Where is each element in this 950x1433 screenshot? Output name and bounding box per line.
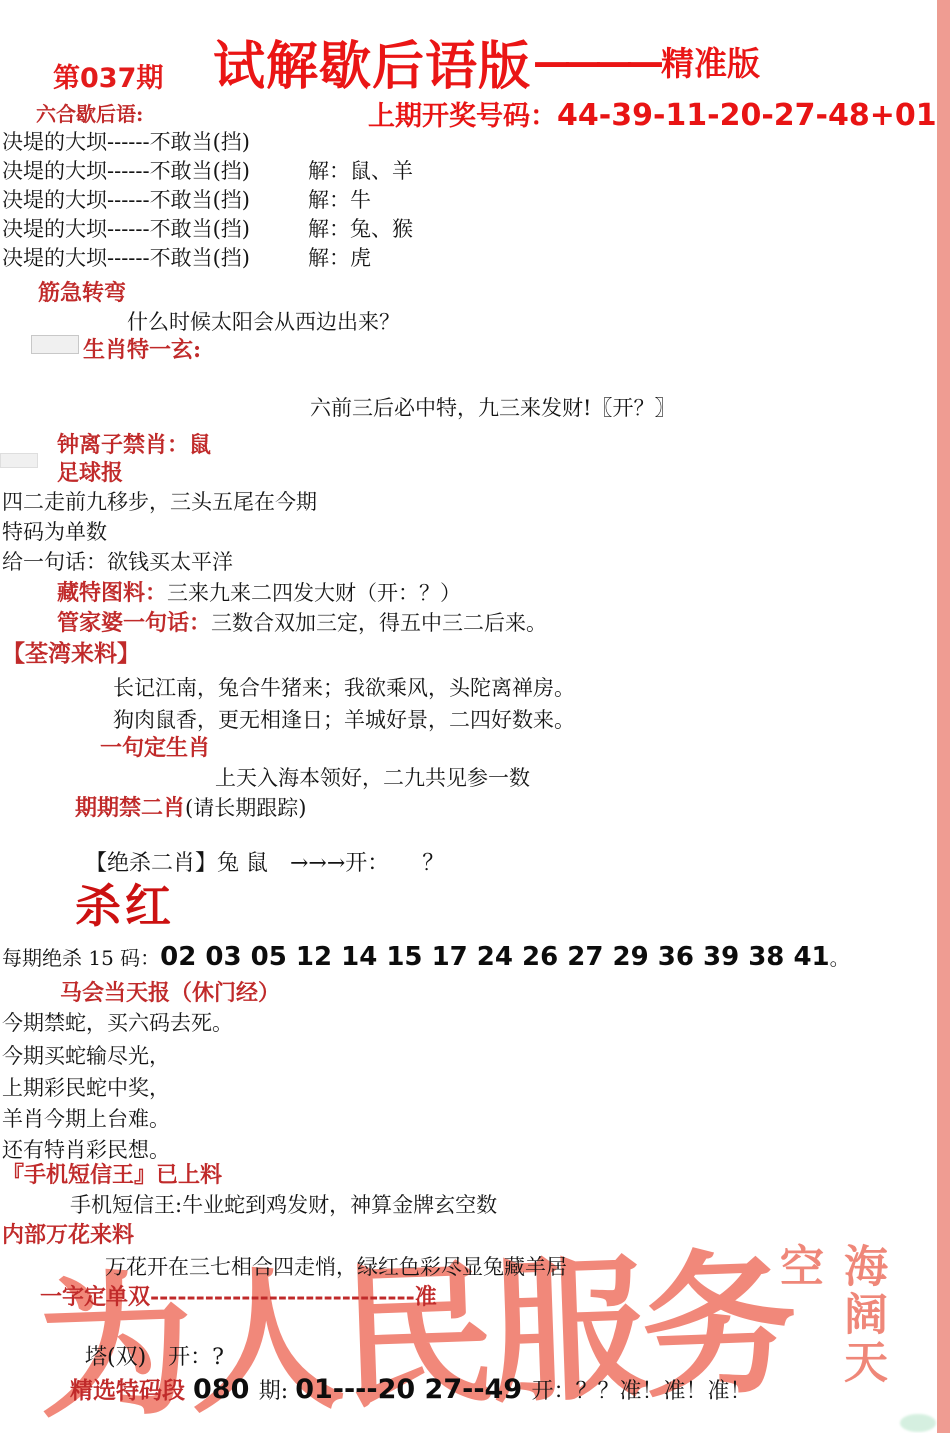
brain-teaser-heading-text: 筋急转弯 <box>38 280 126 306</box>
horse-club-line-2: 今期买蛇输尽光， <box>2 1044 170 1068</box>
football-line-3: 给一句话：欲钱买太平洋 <box>2 550 233 574</box>
brain-teaser-heading: 筋急转弯 <box>38 281 126 306</box>
riddle-line-5-text: 决堤的大坝------不敢当(挡) <box>2 246 250 270</box>
tsuen-wan-line-2: 狗肉鼠香，更无相逢日；羊城好景，二四好数来。 <box>113 708 575 732</box>
housekeeper-line-text: 三数合双加三定，得五中三二后来。 <box>211 611 547 635</box>
horse-club-line-3: 上期彩民蛇中奖， <box>2 1076 170 1100</box>
special-segment-line-text: 开：？？准！准！准！ <box>532 1379 752 1404</box>
horse-club-line-4-text: 羊肖今期上台难。 <box>2 1107 170 1131</box>
one-sentence-zodiac-text-text: 上天入海本领好，二九共见参一数 <box>215 766 530 790</box>
hidden-special-line-text: 三来九来二四发大财（开：？） <box>167 581 461 605</box>
single-double-line-text: 一字定单双-----------------------------准 <box>40 1284 437 1310</box>
sms-king-heading: 『手机短信王』已上料 <box>2 1163 222 1188</box>
horse-club-line-5-text: 还有特肖彩民想。 <box>2 1138 170 1162</box>
housekeeper-line-text: 管家婆一句话： <box>57 610 211 636</box>
horse-club-heading-text: 马会当天报（休门经） <box>60 980 280 1006</box>
banned-two-zodiac-line: 期期禁二肖(请长期跟踪) <box>75 796 306 821</box>
page: 为人民服务 海阔天空 试解歇后语版 ———— 精准版 第037期 六合歇后语: … <box>0 0 950 1433</box>
special-segment-line: 精选特码段 080 期: 01----20 27--49 开：？？准！准！准！ <box>70 1374 752 1405</box>
forbidden-zodiac-line-text: 钟离子禁肖：鼠 <box>57 432 211 458</box>
horse-club-heading: 马会当天报（休门经） <box>60 981 280 1006</box>
sms-king-text: 手机短信王:牛业蛇到鸡发财，神算金牌玄空数 <box>70 1193 497 1217</box>
football-line-2: 特码为单数 <box>2 520 107 544</box>
single-double-line: 一字定单双-----------------------------准 <box>40 1285 437 1310</box>
internal-wanhua-text: 万花开在三七相合四走悄，绿红色彩尽显兔藏羊居 <box>105 1255 567 1279</box>
football-report-heading-text: 足球报 <box>57 460 123 486</box>
one-sentence-zodiac-heading: 一句定生肖 <box>100 736 210 761</box>
horse-club-line-3-text: 上期彩民蛇中奖， <box>2 1076 170 1100</box>
tsuen-wan-line-1: 长记江南，兔合牛猪来；我欲乘风，头陀离禅房。 <box>113 676 575 700</box>
hidden-special-line-text: 藏特图料： <box>57 580 167 606</box>
riddle-line-4: 决堤的大坝------不敢当(挡)解：兔、猴 <box>2 217 250 241</box>
internal-wanhua-text-text: 万花开在三七相合四走悄，绿红色彩尽显兔藏羊居 <box>105 1255 567 1279</box>
page-edge-stripe <box>937 0 950 1433</box>
horse-club-line-1-text: 今期禁蛇，买六码去死。 <box>2 1011 233 1035</box>
kill-two-zodiac-line-text: 【绝杀二肖】兔 鼠 →→→开： ？ <box>85 851 444 876</box>
brain-teaser-text-text: 什么时候太阳会从西边出来？ <box>127 310 400 334</box>
zodiac-special-heading: 生肖特一玄: <box>83 338 201 363</box>
sms-king-text-text: 手机短信王:牛业蛇到鸡发财，神算金牌玄空数 <box>70 1193 497 1217</box>
special-segment-line-text: 080 <box>193 1374 259 1405</box>
banned-two-zodiac-line-text: 期期禁二肖 <box>75 795 185 821</box>
riddle-line-4-text: 决堤的大坝------不敢当(挡) <box>2 217 250 241</box>
one-sentence-zodiac-heading-text: 一句定生肖 <box>100 735 210 761</box>
special-segment-line-text: 精选特码段 <box>70 1377 193 1404</box>
kill-red-title-text: 杀红 <box>75 879 175 933</box>
riddle-line-4-text: 解：兔、猴 <box>308 217 413 241</box>
riddle-line-2: 决堤的大坝------不敢当(挡)解：鼠、羊 <box>2 159 250 183</box>
football-line-1: 四二走前九移步，三头五尾在今期 <box>2 490 317 514</box>
tower-line: 塔(双) 开：? <box>85 1345 224 1370</box>
sms-king-heading-text: 『手机短信王』已上料 <box>2 1162 222 1188</box>
horse-club-line-1: 今期禁蛇，买六码去死。 <box>2 1011 233 1035</box>
riddle-line-3: 决堤的大坝------不敢当(挡)解：牛 <box>2 188 250 212</box>
kill-15-line-text: 。 <box>830 946 850 970</box>
football-line-1-text: 四二走前九移步，三头五尾在今期 <box>2 490 317 514</box>
tsuen-wan-heading-text: 【荃湾来料】 <box>2 640 140 667</box>
one-sentence-zodiac-text: 上天入海本领好，二九共见参一数 <box>215 766 530 790</box>
housekeeper-line: 管家婆一句话：三数合双加三定，得五中三二后来。 <box>57 611 547 636</box>
riddle-line-1: 决堤的大坝------不敢当(挡) <box>2 130 250 154</box>
riddle-line-2-text: 决堤的大坝------不敢当(挡) <box>2 159 250 183</box>
tsuen-wan-heading: 【荃湾来料】 <box>2 641 140 667</box>
kill-red-title: 杀红 <box>75 880 175 933</box>
special-segment-line-text: 01----20 27--49 <box>295 1374 531 1405</box>
football-line-2-text: 特码为单数 <box>2 520 107 544</box>
tsuen-wan-line-2-text: 狗肉鼠香，更无相逢日；羊城好景，二四好数来。 <box>113 708 575 732</box>
tsuen-wan-line-1-text: 长记江南，兔合牛猪来；我欲乘风，头陀离禅房。 <box>113 676 575 700</box>
content-layer: 决堤的大坝------不敢当(挡)决堤的大坝------不敢当(挡)解：鼠、羊决… <box>0 0 950 1433</box>
banned-two-zodiac-line-text: (请长期跟踪) <box>185 796 306 820</box>
brain-teaser-text: 什么时候太阳会从西边出来？ <box>127 310 400 334</box>
zodiac-special-text-text: 六前三后必中特，九三来发财!〖开？〗 <box>310 396 675 420</box>
riddle-line-5-text: 解：虎 <box>308 246 371 270</box>
kill-two-zodiac-line: 【绝杀二肖】兔 鼠 →→→开： ？ <box>85 851 444 876</box>
riddle-line-1-text: 决堤的大坝------不敢当(挡) <box>2 130 250 154</box>
riddle-line-3-text: 决堤的大坝------不敢当(挡) <box>2 188 250 212</box>
zodiac-special-text: 六前三后必中特，九三来发财!〖开？〗 <box>310 396 675 420</box>
riddle-line-2-text: 解：鼠、羊 <box>308 159 413 183</box>
hidden-special-line: 藏特图料：三来九来二四发大财（开：？） <box>57 581 461 606</box>
internal-wanhua-heading: 内部万花来料 <box>2 1223 134 1248</box>
kill-15-line: 每期绝杀 15 码：02 03 05 12 14 15 17 24 26 27 … <box>2 943 850 973</box>
horse-club-line-4: 羊肖今期上台难。 <box>2 1107 170 1131</box>
forbidden-zodiac-line: 钟离子禁肖：鼠 <box>57 433 211 458</box>
kill-15-line-text: 每期绝杀 15 码： <box>2 946 160 970</box>
horse-club-line-2-text: 今期买蛇输尽光， <box>2 1044 170 1068</box>
special-segment-line-text: 期: <box>259 1379 295 1404</box>
zodiac-special-heading-text: 生肖特一玄: <box>83 337 201 363</box>
football-report-heading: 足球报 <box>57 461 123 486</box>
internal-wanhua-heading-text: 内部万花来料 <box>2 1222 134 1248</box>
tower-line-text: 塔(双) 开：? <box>85 1345 224 1370</box>
football-line-3-text: 给一句话：欲钱买太平洋 <box>2 550 233 574</box>
riddle-line-3-text: 解：牛 <box>308 188 371 212</box>
horse-club-line-5: 还有特肖彩民想。 <box>2 1138 170 1162</box>
riddle-line-5: 决堤的大坝------不敢当(挡)解：虎 <box>2 246 250 270</box>
kill-15-line-text: 02 03 05 12 14 15 17 24 26 27 29 36 39 3… <box>160 942 829 972</box>
